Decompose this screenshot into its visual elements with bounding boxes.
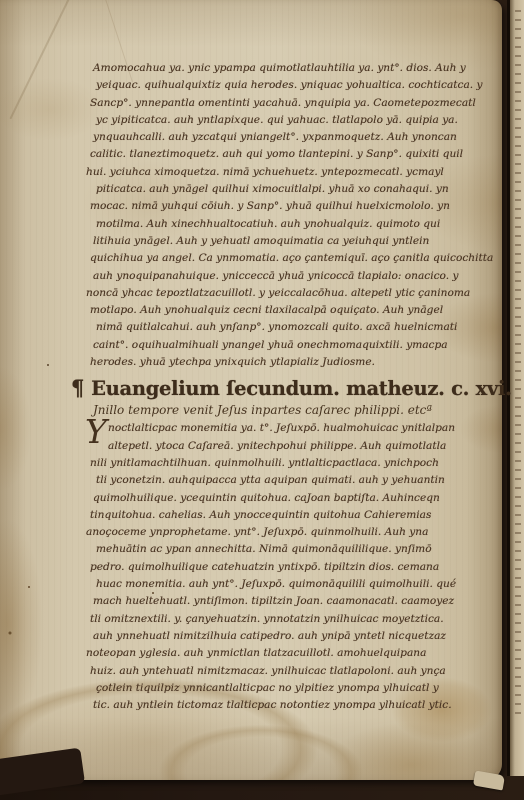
ink-speck-marks <box>47 364 49 366</box>
paragraph-second: Y noctlalticpac monemitia ya. t°. Jeſuxp… <box>93 420 479 714</box>
manuscript-line: ynquauhcalli. auh yzcatqui yniangelt°. y… <box>93 129 479 146</box>
manuscript-line: yc yipiticatca. auh yntlapixque. qui yah… <box>96 112 479 129</box>
manuscript-line: motlapo. Auh ynohualquiz cecni tlaxilaca… <box>90 302 479 319</box>
manuscript-line: altepetl. ytoca Caſareā. ynitechpohui ph… <box>108 438 479 455</box>
manuscript-line: quimolhuilique. ycequintin quitohua. caJ… <box>93 490 479 507</box>
manuscript-line: anoçoceme ynprophetame. ynt°. Jeſuxpō. q… <box>86 524 479 541</box>
manuscript-line: tli omitznextili. y. çanyehuatzin. ynnot… <box>90 611 479 628</box>
gospel-heading: ¶Euangelium ſecundum. matheuz. c. xvi. <box>71 375 479 400</box>
pilcrow-mark: ¶ <box>71 375 84 400</box>
manuscript-line: auh ynnehuatl nimitzilhuia catipedro. au… <box>93 628 479 645</box>
manuscript-line: herodes. yhuā ytechpa ynixquich ytlapial… <box>90 354 479 371</box>
manuscript-line: çotlein tiquilpiz ynnicantlalticpac no y… <box>96 680 479 697</box>
manuscript-line: tic. auh yntlein tictomaz tlalticpac not… <box>93 697 479 714</box>
manuscript-line: motilma. Auh xinechhualtocatiuh. auh yno… <box>96 216 479 233</box>
latin-incipit: Jnillo tempore venit Jeſus inpartes caſa… <box>93 401 479 419</box>
drop-cap-initial: Y <box>85 417 107 447</box>
parchment-crease <box>9 0 72 119</box>
manuscript-line: piticatca. auh ynāgel quilhui ximocuitla… <box>96 181 479 198</box>
manuscript-line: litihuia ynāgel. Auh y yehuatl amoquimat… <box>93 233 479 250</box>
manuscript-photo: Amomocahua ya. ynic ypampa quimotlatlauh… <box>0 0 524 800</box>
manuscript-line: calitic. tlaneztimoquetz. auh qui yomo t… <box>90 146 479 163</box>
manuscript-line: Sancp°. ynnepantla omentinti yacahuā. yn… <box>90 95 479 112</box>
manuscript-line: nili ynitlamachtilhuan. quinmolhuili. yn… <box>90 455 479 472</box>
manuscript-line: noncā yhcac tepoztlatzacuillotl. y yeicc… <box>86 285 479 302</box>
manuscript-line: mocac. nimā yuhqui cōiuh. y Sanp°. yhuā … <box>90 198 479 215</box>
manuscript-line: noteopan yglesia. auh ynmictlan tlatzacu… <box>86 645 479 662</box>
manuscript-line: tinquitohua. cahelias. Auh ynoccequintin… <box>90 507 479 524</box>
paragraph-second-lines: noctlalticpac monemitia ya. t°. Jeſuxpō.… <box>93 420 479 714</box>
manuscript-line: mehuātin ac ypan annechitta. Nimā quimon… <box>96 541 479 558</box>
manuscript-line: huac monemitia. auh ynt°. Jeſuxpō. quimo… <box>96 576 479 593</box>
manuscript-line: noctlalticpac monemitia ya. t°. Jeſuxpō.… <box>108 420 479 437</box>
manuscript-line: caint°. oquihualmihuali ynangel yhuā one… <box>93 337 479 354</box>
manuscript-line: auh ynoquipanahuique. ynicceccā yhuā yni… <box>93 268 479 285</box>
manuscript-line: huiz. auh yntehuatl nimitzmacaz. ynilhui… <box>90 663 479 680</box>
manuscript-line: yeiquac. quihualquixtiz quia herodes. yn… <box>96 77 479 94</box>
paragraph-first: Amomocahua ya. ynic ypampa quimotlatlauh… <box>93 60 479 371</box>
gospel-heading-text: Euangelium ſecundum. matheuz. c. xvi. <box>91 377 512 400</box>
text-block: Amomocahua ya. ynic ypampa quimotlatlauh… <box>93 60 479 714</box>
page-corner-flap <box>473 771 505 791</box>
manuscript-line: nimā quitlalcahui. auh ynſanp°. ynomozca… <box>96 319 479 336</box>
manuscript-line: tli yconetzin. auhquipacca ytta aquipan … <box>96 472 479 489</box>
manuscript-line: quichihua ya angel. Ca ynmomatia. aço ça… <box>90 250 479 267</box>
manuscript-line: mach hueltehuatl. yntiſimon. tipiltzin J… <box>93 593 479 610</box>
manuscript-page: Amomocahua ya. ynic ypampa quimotlatlauh… <box>0 0 502 780</box>
manuscript-line: hui. yciuhca ximoquetza. nimā ychuehuetz… <box>86 164 479 181</box>
manuscript-line: pedro. quimolhuilique catehuatzin yntixp… <box>90 559 479 576</box>
manuscript-line: Amomocahua ya. ynic ypampa quimotlatlauh… <box>93 60 479 77</box>
